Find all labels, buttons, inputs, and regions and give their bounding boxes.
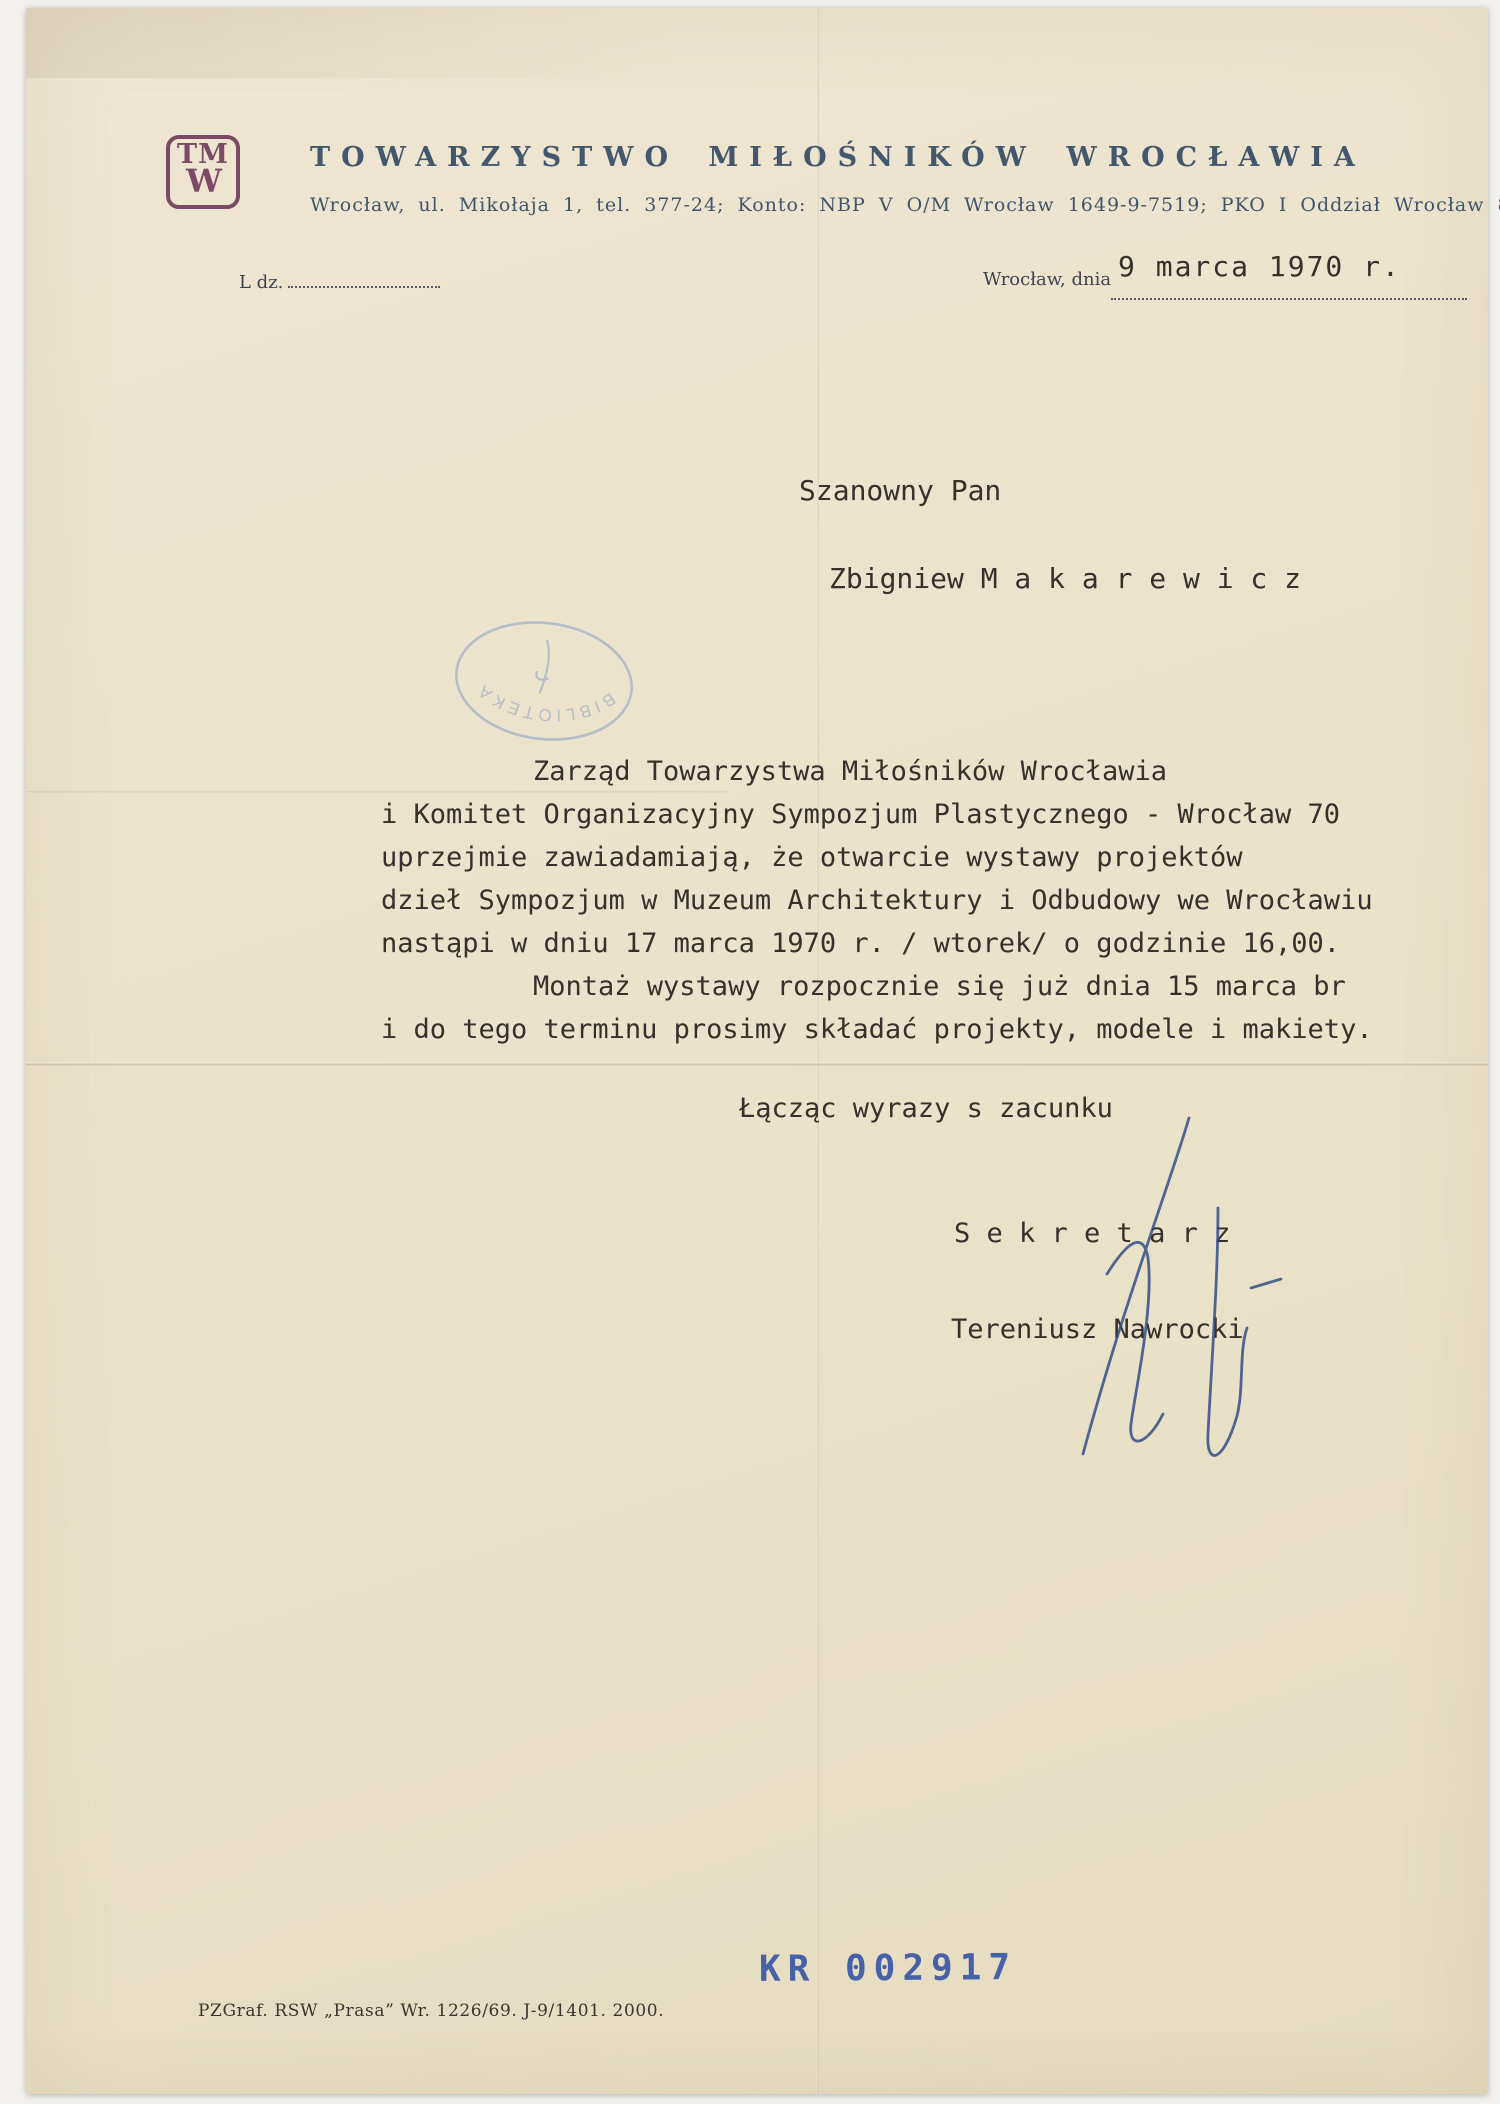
reference-number-row: L dz. <box>239 272 440 293</box>
library-stamp: BIBLIOTEKA <box>436 594 653 767</box>
reference-dotted-leader <box>288 272 440 288</box>
body-line: nastąpi w dniu 17 marca 1970 r. / wtorek… <box>381 922 1481 965</box>
body-line: Montaż wystawy rozpocznie się już dnia 1… <box>533 965 1481 1008</box>
body-line: Zarząd Towarzystwa Miłośników Wrocławia <box>533 750 1481 793</box>
body-line: uprzejmie zawiadamiają, że otwarcie wyst… <box>381 836 1481 879</box>
handwritten-signature <box>1011 1116 1291 1461</box>
recipient-name: Zbigniew M a k a r e w i c z <box>829 562 1301 595</box>
tmw-logo: TM W <box>166 135 240 209</box>
letter-body: Zarząd Towarzystwa Miłośników Wrocławia … <box>381 750 1481 1051</box>
printer-imprint: PZGraf. RSW „Prasa” Wr. 1226/69. J-9/140… <box>198 2001 664 2021</box>
recipient-salutation: Szanowny Pan <box>799 474 1001 507</box>
letter-paper: TM W TOWARZYSTWO MIŁOŚNIKÓW WROCŁAWIA Wr… <box>26 8 1488 2094</box>
body-line: dzieł Sympozjum w Muzeum Architektury i … <box>381 879 1481 922</box>
logo-monogram-w: W <box>170 168 236 194</box>
library-stamp-mark <box>534 639 553 694</box>
serial-number-stamp: KR 002917 <box>759 1947 1017 1990</box>
fold-crease-vertical <box>816 8 820 2094</box>
dateline-printed: Wrocław, dnia <box>983 269 1111 290</box>
paper-shading <box>26 8 1488 78</box>
body-line: i do tego terminu prosimy składać projek… <box>381 1008 1481 1051</box>
reference-label: L dz. <box>239 272 283 293</box>
scanned-letter-page: TM W TOWARZYSTWO MIŁOŚNIKÓW WROCŁAWIA Wr… <box>0 0 1500 2104</box>
fold-crease-middle <box>26 1062 1488 1067</box>
typed-date: 9 marca 1970 r. <box>1118 250 1401 283</box>
body-line: i Komitet Organizacyjny Sympozjum Plasty… <box>381 793 1481 836</box>
organization-name: TOWARZYSTWO MIŁOŚNIKÓW WROCŁAWIA <box>310 142 1366 173</box>
organization-address: Wrocław, ul. Mikołaja 1, tel. 377-24; Ko… <box>310 194 1500 216</box>
date-dotted-rule <box>1111 298 1467 300</box>
